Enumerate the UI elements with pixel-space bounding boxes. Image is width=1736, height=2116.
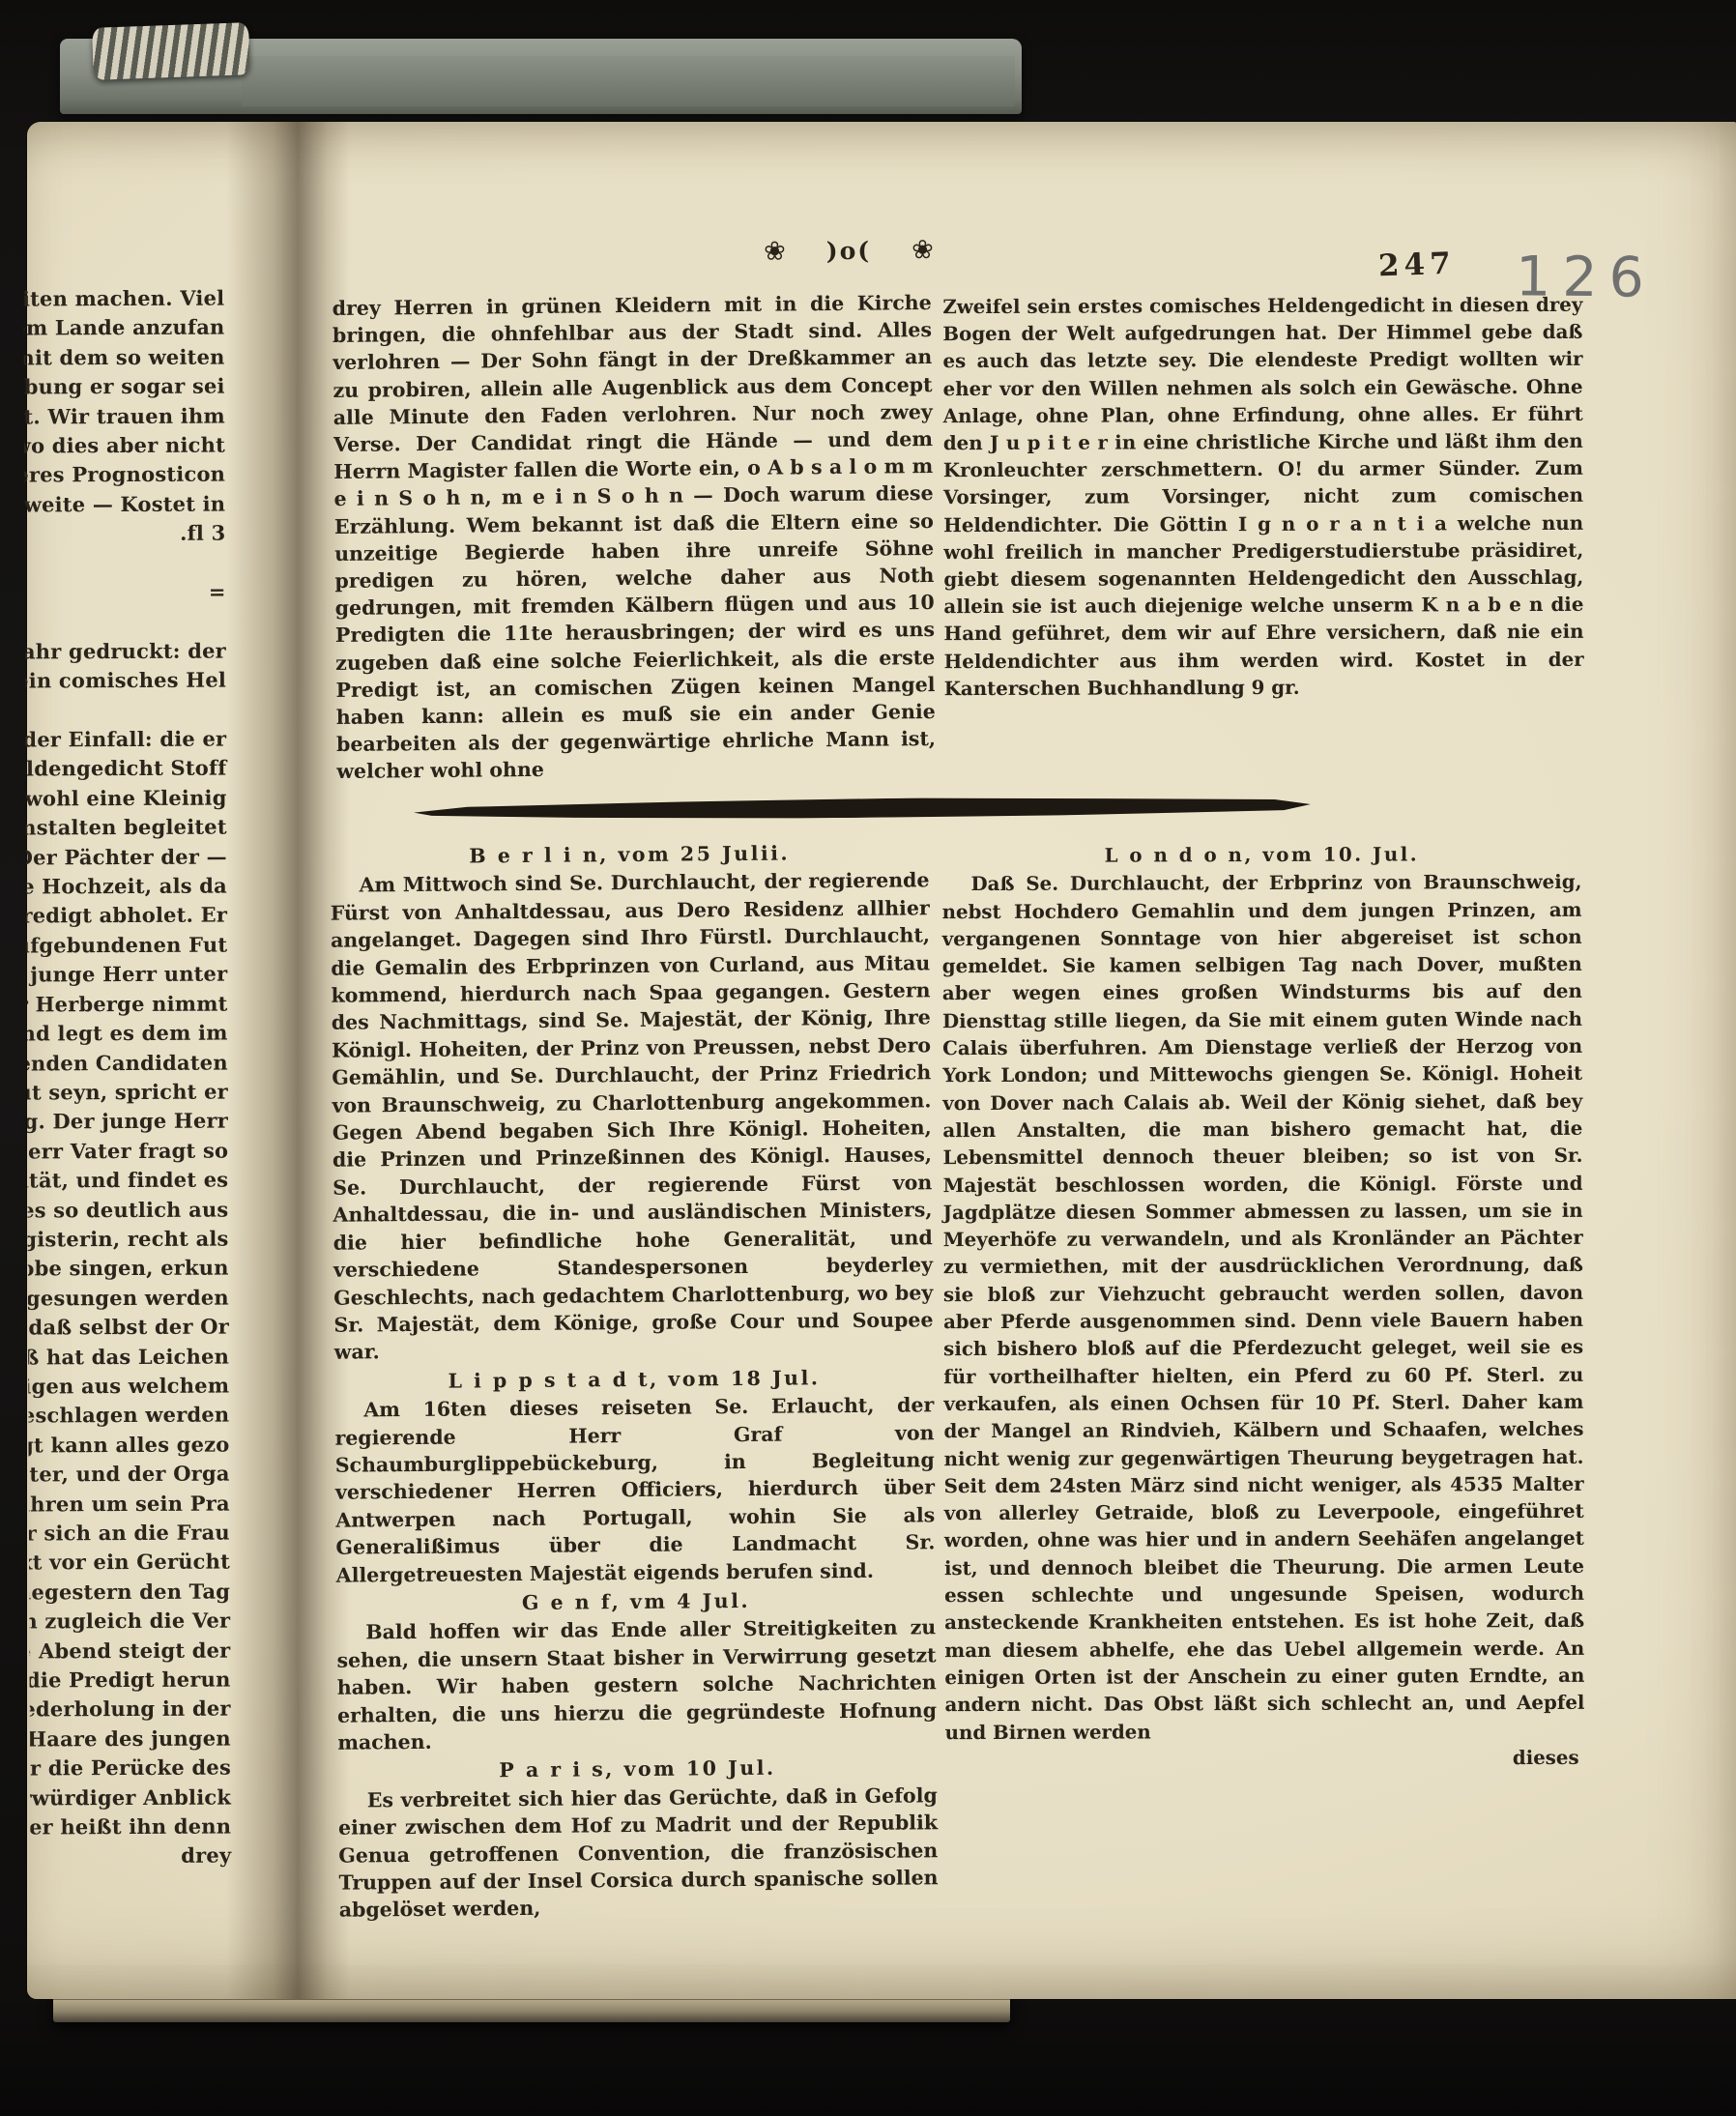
- dateline-heading: P a r i s, vom 10 Jul.: [337, 1754, 937, 1786]
- fragment-line: Predigt abholet. Er: [26, 901, 231, 931]
- open-page-spread: feiten machen. Viel-einem Lande anzufan-…: [27, 122, 1736, 1999]
- fragment-line: f eine Hochzeit, als da: [26, 872, 231, 902]
- fragment-line: daß es so deutlich aus-: [27, 1195, 232, 1225]
- dateline-heading: L o n d o n, vom 10. Jul.: [941, 840, 1581, 870]
- fleuron-icon: ❀: [911, 235, 934, 265]
- left-page-fragments: feiten machen. Viel-einem Lande anzufan-…: [23, 284, 236, 1948]
- section-body: Am Mittwoch sind Se. Durchlaucht, der re…: [330, 867, 933, 1367]
- book-cover-top-shade: [242, 56, 1015, 106]
- fragment-line: aubniß hat das Leichen-: [28, 1342, 233, 1372]
- fragment-line: aß der Einfall: die er-: [25, 725, 230, 755]
- fragment-line: gister, und der Orga-: [29, 1460, 234, 1490]
- section-divider-rule: [414, 795, 1311, 821]
- fragment-line: schlagenden Candidaten: [27, 1048, 232, 1078]
- paragraph: drey Herren in grünen Kleidern mit in di…: [333, 289, 937, 786]
- fragment-line: hreibung er sogar sei-: [24, 372, 229, 402]
- signature-mark: )o(: [826, 237, 872, 265]
- header-ornament-row: ❀ )o( ❀: [694, 234, 1003, 267]
- fragment-line: erfahren um sein Pra-: [29, 1489, 234, 1519]
- dateline-heading: G e n f, vm 4 Jul.: [336, 1585, 936, 1618]
- fragment-line: =: [25, 578, 230, 608]
- fragment-line: n aufgebundenen Fut-: [26, 930, 231, 960]
- fragment-line: et die Predigt herun-: [29, 1666, 234, 1696]
- fragment-line: hig. Der junge Herr: [27, 1107, 232, 1137]
- fragment-line: Alle Abend steigt der: [29, 1636, 234, 1666]
- fragment-line: der Herberge nimmt: [26, 989, 231, 1019]
- fragment-line: ie Wiederholung in der: [30, 1695, 235, 1725]
- fragment-line: ille daß selbst der Or-: [28, 1313, 233, 1343]
- fragment-line: [24, 548, 229, 578]
- column-2-sections: L o n d o n, vom 10. Jul.Daß Se. Durchla…: [941, 838, 1584, 1773]
- book-headband: [92, 22, 250, 80]
- column-1-continuation: drey Herren in grünen Kleidern mit in di…: [333, 289, 937, 786]
- book-scan-photo: feiten machen. Viel-einem Lande anzufan-…: [0, 0, 1736, 2116]
- fragment-line: über geschlagen werden: [28, 1401, 233, 1431]
- section-body: Am 16ten dieses reiseten Se. Erlaucht, d…: [334, 1391, 936, 1588]
- fragment-line: ctabilität, und findet es: [27, 1166, 232, 1196]
- fragment-line: unter die Perücke des: [30, 1754, 235, 1783]
- fragment-line: ll gut seyn, spricht er,: [27, 1077, 232, 1107]
- printed-page-number: 247: [1377, 246, 1456, 284]
- fragment-line: der junge Herr unter-: [26, 960, 231, 990]
- section-body: Bald hoffen wir das Ende aller Streitigk…: [336, 1614, 937, 1756]
- fragment-line: drey: [30, 1841, 235, 1871]
- column-2-continuation: Zweifel sein erstes comisches Heldengedi…: [942, 291, 1583, 702]
- fragment-line: — Der Pächter der: [26, 842, 231, 872]
- fragment-line: weite — Kostet in: [24, 489, 229, 519]
- fragment-line: ihm zugleich die Ver-: [29, 1607, 234, 1637]
- fragment-line: Herr Vater fragt so-: [27, 1136, 232, 1166]
- fragment-line: Die Haare des jungen: [30, 1724, 235, 1754]
- fragment-line: aß er sich an die Frau: [29, 1519, 234, 1549]
- fragment-line: n Jahr gedruckt: der: [25, 636, 230, 666]
- column-1-sections: B e r l i n, vom 25 Julii.Am Mittwoch si…: [330, 836, 939, 1924]
- fragment-line: als mit dem so weiten,: [24, 342, 229, 372]
- fragment-line: n Heldengedicht Stoff: [25, 754, 230, 784]
- fragment-line: an wohl eine Kleinig-: [26, 783, 231, 813]
- fragment-line: irt. Wir trauen ihm: [24, 401, 229, 431]
- fragment-line: kundigen aus welchem: [28, 1372, 233, 1402]
- fragment-line: nn, wer heißt ihn denn: [30, 1812, 235, 1842]
- dateline-heading: L i p p s t a d t, vom 18 Jul.: [334, 1363, 934, 1396]
- fragment-line: Ehrwürdiger Anblick!: [30, 1783, 235, 1812]
- fragment-line: Probe singen, erkun-: [28, 1254, 233, 1284]
- fragment-line: feiten machen. Viel-: [23, 284, 228, 314]
- fragment-line: n ehegestern den Tag: [29, 1577, 234, 1607]
- fragment-line: [25, 607, 230, 637]
- fragment-line: gt, ein comisches Hel-: [25, 666, 230, 696]
- fragment-line: Text vor ein Gerücht: [29, 1548, 234, 1578]
- fragment-line: che und legt es dem im: [27, 1019, 232, 1049]
- section-body: Daß Se. Durchlaucht, der Erbprinz von Br…: [941, 868, 1584, 1746]
- catchword: dieses: [945, 1744, 1585, 1774]
- fragment-line: anderes Prognosticon: [24, 460, 229, 490]
- fragment-line: ern Anstalten begleitet: [26, 813, 231, 843]
- paragraph: Zweifel sein erstes comisches Heldengedi…: [942, 291, 1583, 702]
- fragment-line: 3 fl.: [24, 519, 229, 549]
- fragment-line: [25, 695, 230, 725]
- fragment-line: edigt kann alles gezo-: [28, 1430, 233, 1460]
- fragment-line: einem Lande anzufan-: [23, 313, 228, 343]
- fragment-line: dabey gesungen werden: [28, 1283, 233, 1313]
- section-body: Es verbreitet sich hier das Gerüchte, da…: [338, 1782, 939, 1924]
- dateline-heading: B e r l i n, vom 25 Julii.: [330, 838, 929, 871]
- fleuron-icon: ❀: [764, 237, 786, 267]
- fragment-line: zu; wo dies aber nicht: [24, 431, 229, 461]
- fragment-line: Magisterin, recht als: [27, 1224, 232, 1254]
